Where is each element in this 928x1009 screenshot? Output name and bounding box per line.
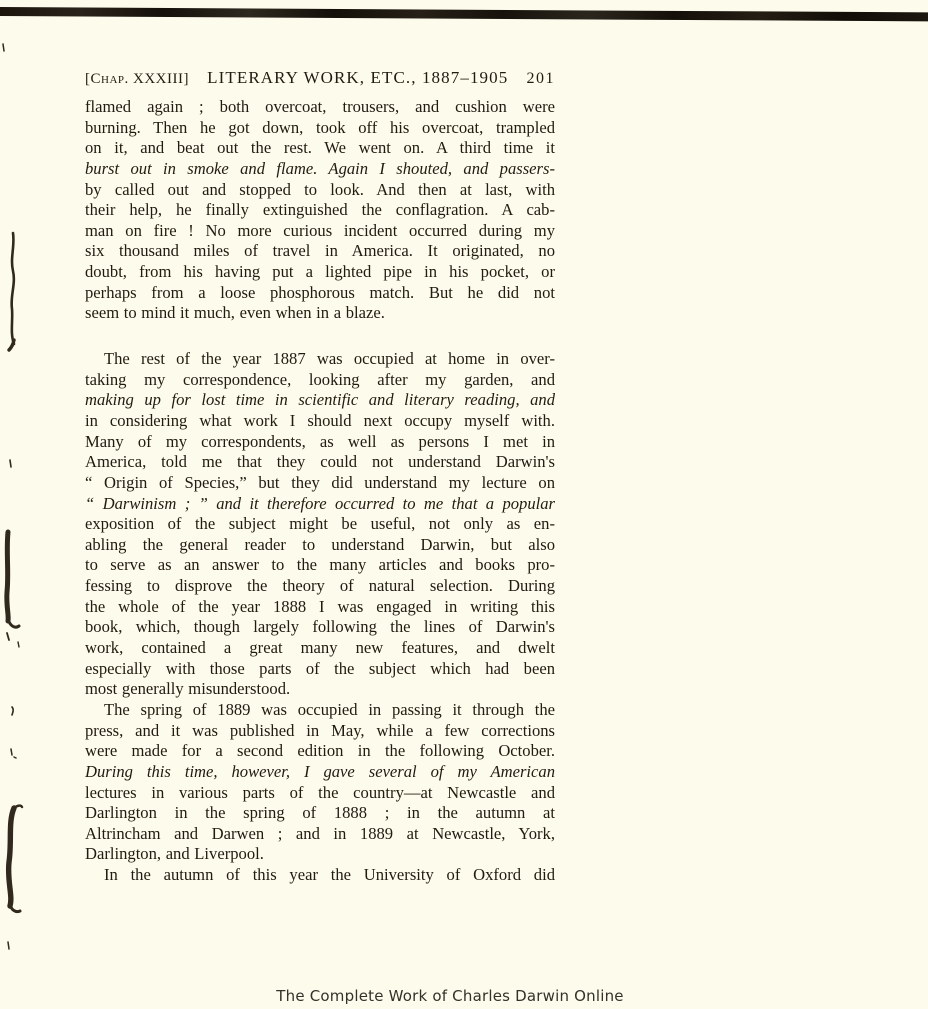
text-line: work, contained a great many new feature… [85,638,555,659]
page-number: 201 [526,70,555,88]
text-line: seem to mind it much, even when in a bla… [85,303,555,324]
text-line: “ Darwinism ; ” and it therefore occurre… [85,494,555,515]
page-body: flamed again ; both overcoat, trousers, … [85,97,555,886]
text-line: Altrincham and Darwen ; and in 1889 at N… [85,824,555,845]
text-line: abling the general reader to understand … [85,535,555,556]
text-line: to serve as an answer to the many articl… [85,555,555,576]
paragraph: The rest of the year 1887 was occupied a… [85,349,555,700]
text-line: especially with those parts of the subje… [85,659,555,680]
text-line: by called out and stopped to look. And t… [85,180,555,201]
text-line: on it, and beat out the rest. We went on… [85,138,555,159]
text-line: lectures in various parts of the country… [85,783,555,804]
text-line: The spring of 1889 was occupied in passi… [85,700,555,721]
text-line: During this time, however, I gave severa… [85,762,555,783]
text-line: Many of my correspondents, as well as pe… [85,432,555,453]
scan-binding-artifacts [0,0,30,1009]
text-line: in considering what work I should next o… [85,411,555,432]
text-line: flamed again ; both overcoat, trousers, … [85,97,555,118]
text-line: six thousand miles of travel in America.… [85,241,555,262]
text-line: burning. Then he got down, took off his … [85,118,555,139]
text-line: In the autumn of this year the Universit… [85,865,555,886]
text-line: the whole of the year 1888 I was engaged… [85,597,555,618]
text-line: most generally misunderstood. [85,679,555,700]
text-line: press, and it was published in May, whil… [85,721,555,742]
text-line: Darlington in the spring of 1888 ; in th… [85,803,555,824]
text-column: [Chap. XXXIII] LITERARY WORK, ETC., 1887… [85,68,555,886]
running-header: [Chap. XXXIII] LITERARY WORK, ETC., 1887… [85,68,555,88]
text-line: taking my correspondence, looking after … [85,370,555,391]
text-line: Darlington, and Liverpool. [85,844,555,865]
text-line: “ Origin of Species,” but they did under… [85,473,555,494]
text-line: making up for lost time in scientific an… [85,390,555,411]
scanned-book-page: [Chap. XXXIII] LITERARY WORK, ETC., 1887… [0,0,928,1009]
paragraph: flamed again ; both overcoat, trousers, … [85,97,555,324]
text-line: man on fire ! No more curious incident o… [85,221,555,242]
text-line: burst out in smoke and flame. Again I sh… [85,159,555,180]
text-line: their help, he finally extinguished the … [85,200,555,221]
text-line: exposition of the subject might be usefu… [85,514,555,535]
text-line: doubt, from his having put a lighted pip… [85,262,555,283]
footer-caption: The Complete Work of Charles Darwin Onli… [0,987,914,1005]
text-line: The rest of the year 1887 was occupied a… [85,349,555,370]
paragraph: In the autumn of this year the Universit… [85,865,555,886]
text-line: America, told me that they could not und… [85,452,555,473]
text-line: were made for a second edition in the fo… [85,741,555,762]
text-line: perhaps from a loose phosphorous match. … [85,283,555,304]
text-line: fessing to disprove the theory of natura… [85,576,555,597]
scan-edge-bar [0,7,928,21]
chapter-label: [Chap. XXXIII] [85,71,189,88]
paragraph: The spring of 1889 was occupied in passi… [85,700,555,865]
page-title: LITERARY WORK, ETC., 1887–1905 [207,68,508,88]
text-line: book, which, though largely following th… [85,617,555,638]
